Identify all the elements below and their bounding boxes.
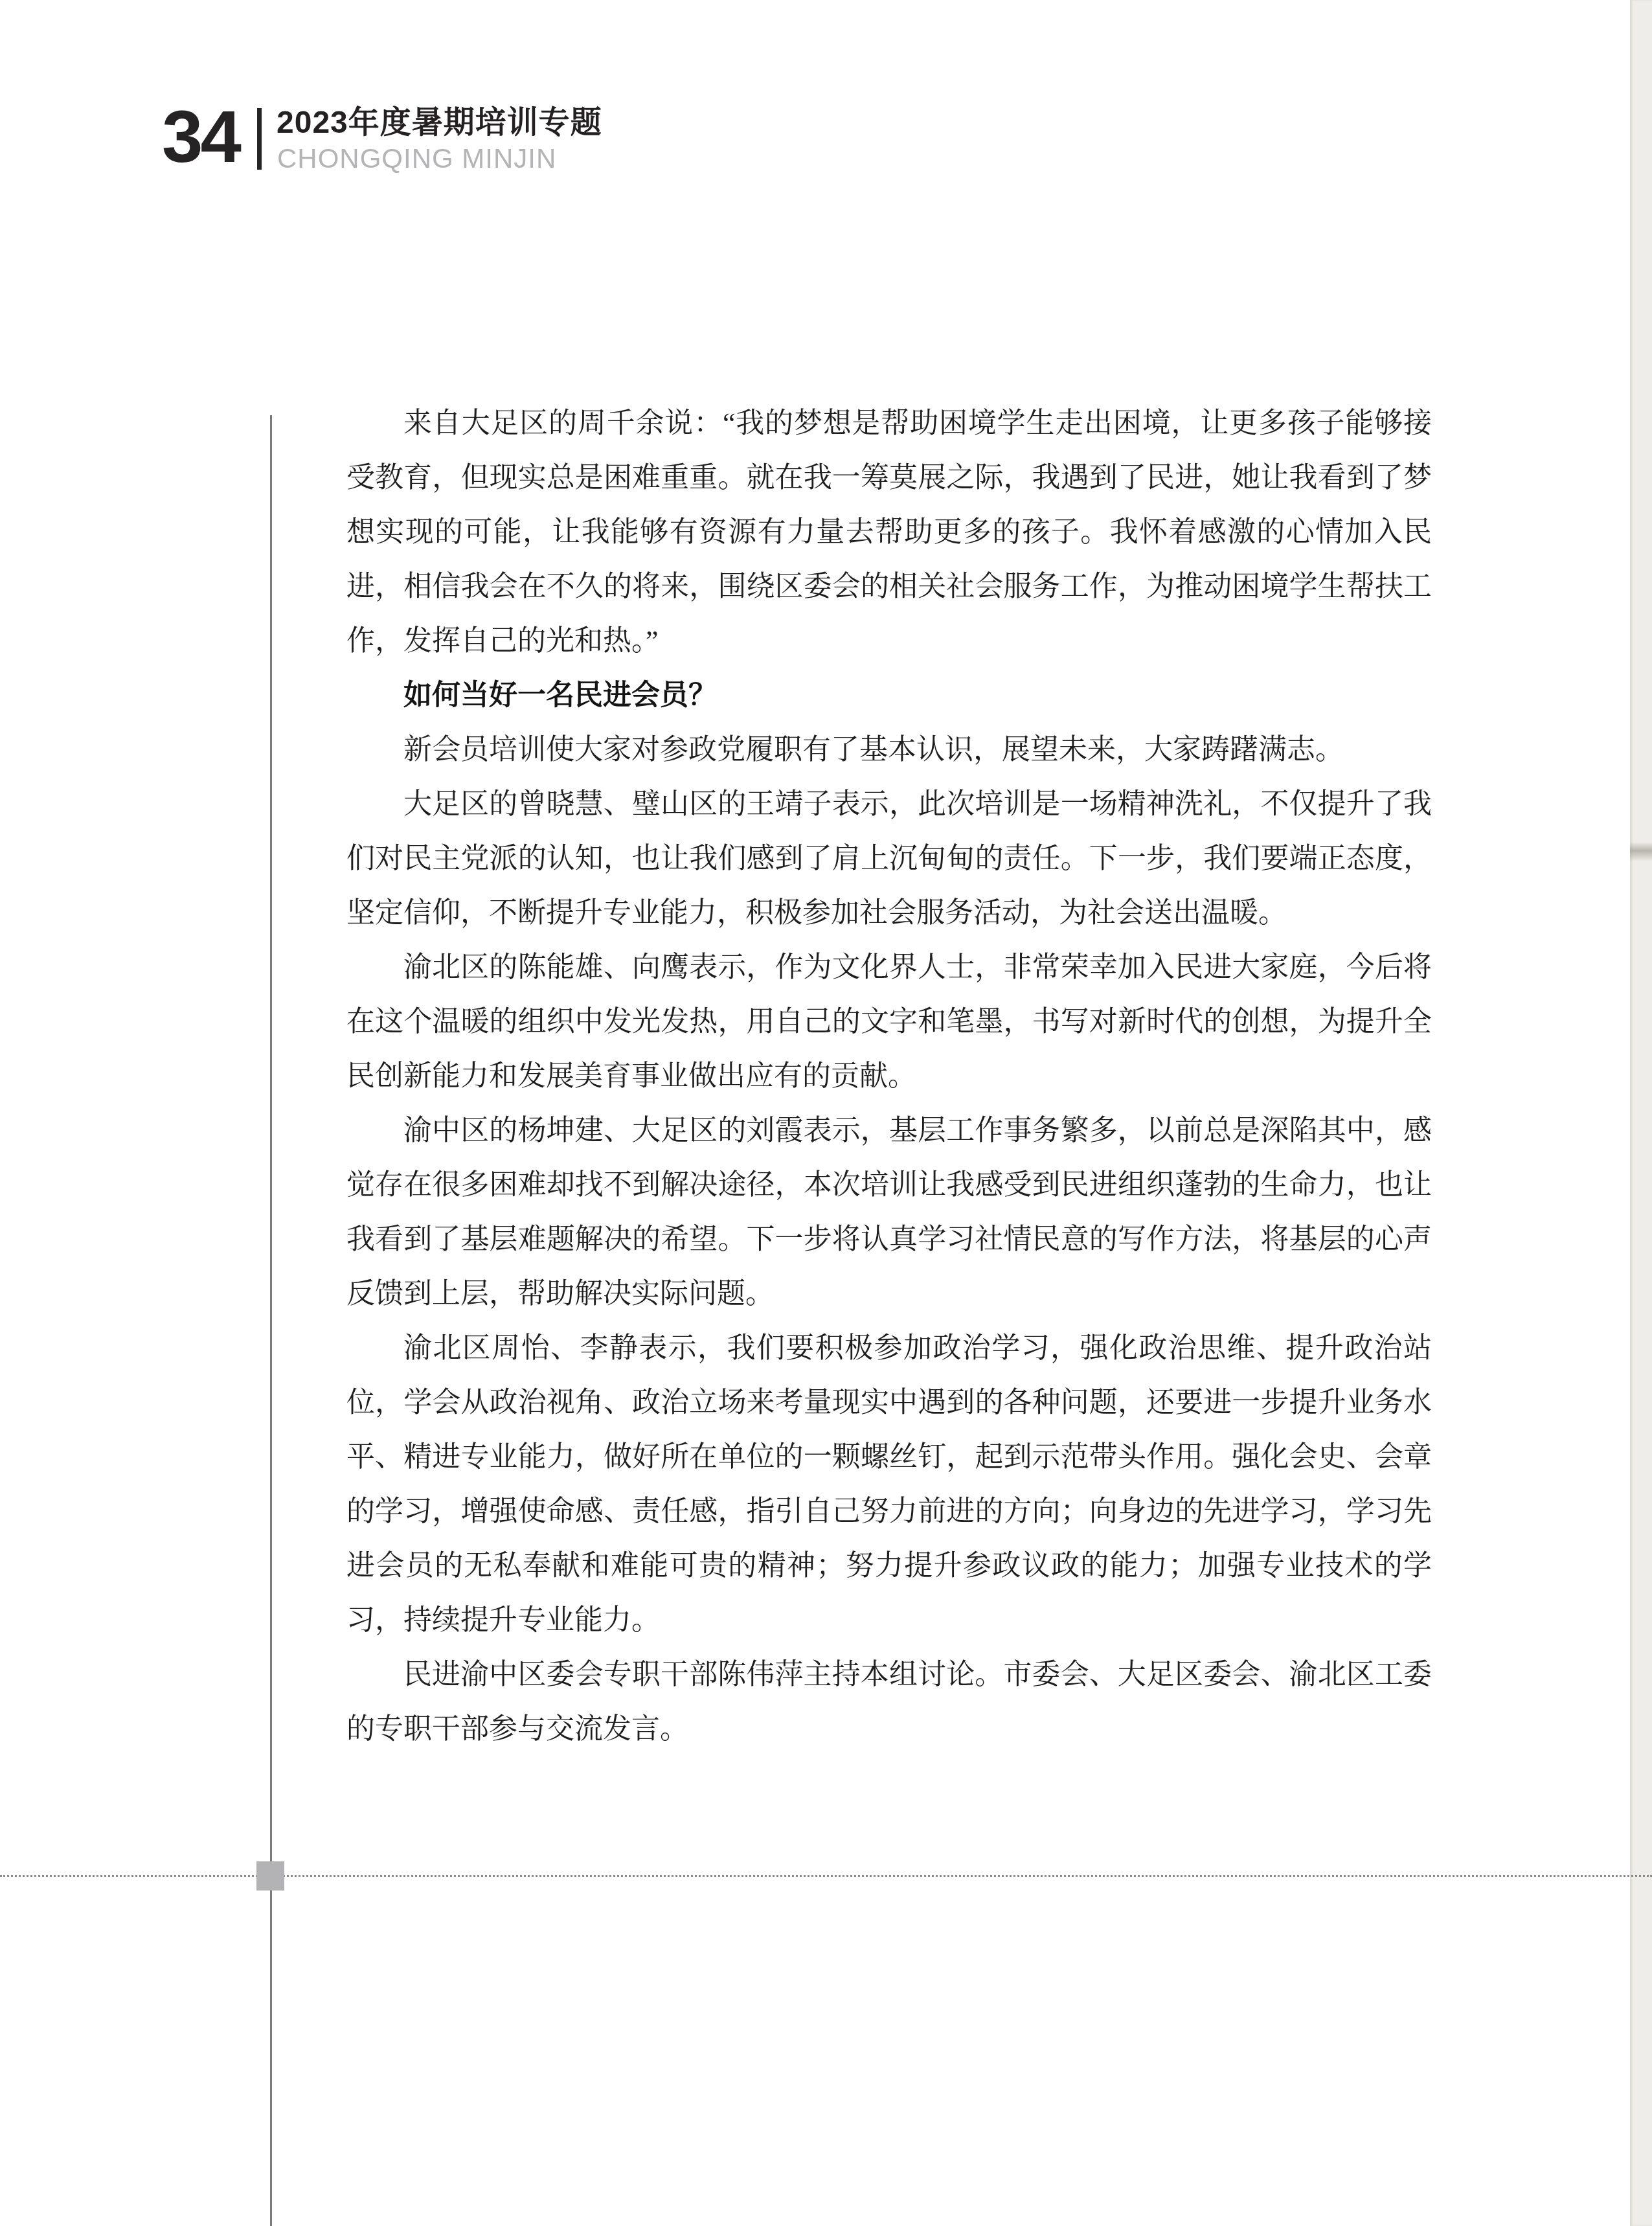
paragraph-5: 渝中区的杨坤建、大足区的刘霞表示，基层工作事务繁多，以前总是深陷其中，感觉存在很… xyxy=(346,1104,1432,1321)
article-body: 来自大足区的周千余说：“我的梦想是帮助困境学生走出困境，让更多孩子能够接受教育，… xyxy=(346,396,1432,1756)
paragraph-7: 民进渝中区委会专职干部陈伟萍主持本组讨论。市委会、大足区委会、渝北区工委的专职干… xyxy=(346,1648,1432,1756)
magazine-page: 34 2023年度暑期培训专题 CHONGQING MINJIN 来自大足区的周… xyxy=(0,0,1652,2226)
page-title: 2023年度暑期培训专题 xyxy=(277,108,602,139)
header-divider-bar xyxy=(257,108,262,170)
page-number: 34 xyxy=(162,100,239,174)
page-edge-shadow xyxy=(1630,0,1652,2226)
paragraph-1: 来自大足区的周千余说：“我的梦想是帮助困境学生走出困境，让更多孩子能够接受教育，… xyxy=(346,396,1432,668)
scan-streak xyxy=(1630,842,1652,861)
left-rule-line xyxy=(270,415,272,2226)
section-heading: 如何当好一名民进会员？ xyxy=(346,668,1432,723)
paragraph-6: 渝北区周怡、李静表示，我们要积极参加政治学习，强化政治思维、提升政治站位，学会从… xyxy=(346,1321,1432,1648)
paragraph-4: 渝北区的陈能雄、向鹰表示，作为文化界人士，非常荣幸加入民进大家庭，今后将在这个温… xyxy=(346,940,1432,1104)
paragraph-3: 大足区的曾晓慧、璧山区的王靖子表示，此次培训是一场精神洗礼，不仅提升了我们对民主… xyxy=(346,777,1432,940)
registration-square xyxy=(256,1861,284,1891)
dotted-divider xyxy=(0,1875,1652,1877)
paragraph-2: 新会员培训使大家对参政党履职有了基本认识，展望未来，大家踌躇满志。 xyxy=(346,723,1432,777)
page-subtitle: CHONGQING MINJIN xyxy=(277,145,556,172)
